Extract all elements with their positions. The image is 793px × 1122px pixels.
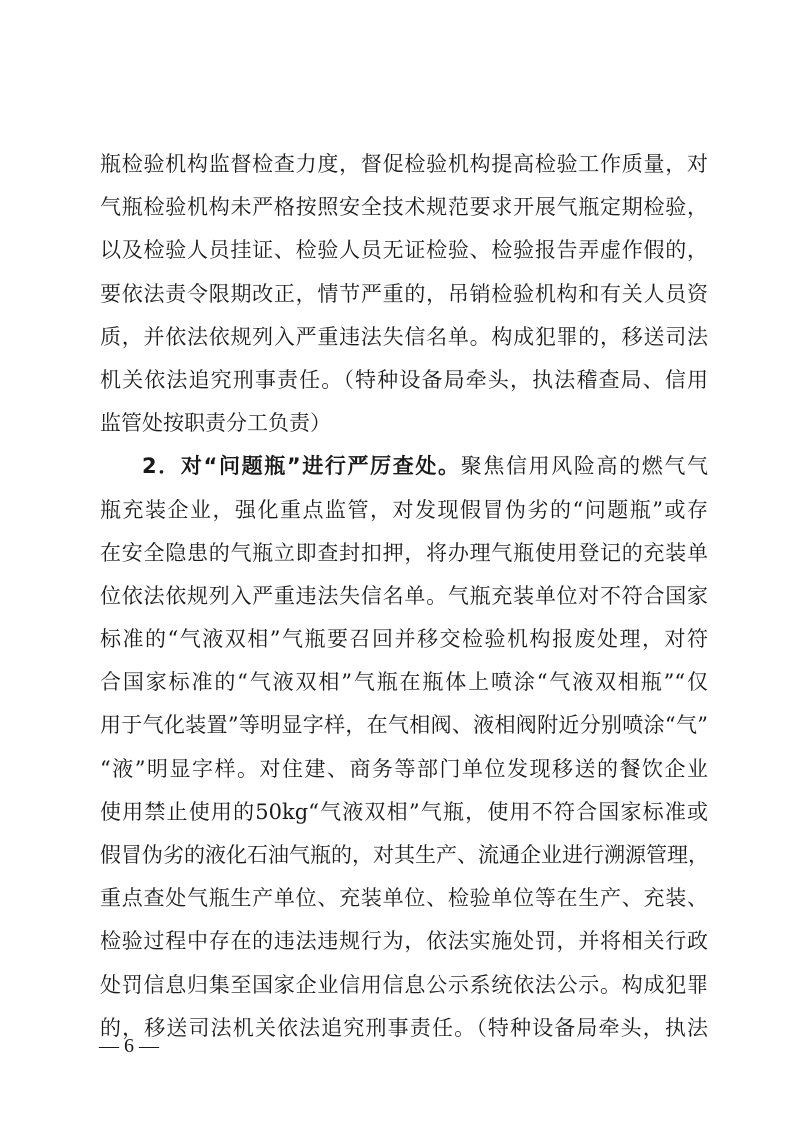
body-text: 瓶检验机构监督检查力度，督促检验机构提高检验工作质量，对 气瓶检验机构未严格按照…: [100, 143, 708, 1050]
paragraph-line: 用于气化装置”等明显字样，在气相阀、液相阀附近分别喷涂“气”: [100, 704, 708, 747]
paragraph-line: 重点查处气瓶生产单位、充装单位、检验单位等在生产、充装、: [100, 877, 708, 920]
paragraph-line: 瓶充装企业，强化重点监管，对发现假冒伪劣的“问题瓶”或存: [100, 489, 708, 532]
paragraph-line: 质，并依法依规列入严重违法失信名单。构成犯罪的，移送司法: [100, 316, 708, 359]
paragraph-line: 检验过程中存在的违法违规行为，依法实施处罚，并将相关行政: [100, 920, 708, 963]
paragraph-line: 假冒伪劣的液化石油气瓶的，对其生产、流通企业进行溯源管理，: [100, 834, 708, 877]
paragraph-line: 以及检验人员挂证、检验人员无证检验、检验报告弄虚作假的，: [100, 229, 708, 272]
paragraph-line: 合国家标准的“气液双相”气瓶在瓶体上喷涂“气液双相瓶”“仅: [100, 661, 708, 704]
paragraph-line: 瓶检验机构监督检查力度，督促检验机构提高检验工作质量，对: [100, 143, 708, 186]
section-2-first-line: 2．对“问题瓶”进行严厉查处。聚焦信用风险高的燃气气: [100, 445, 708, 488]
paragraph-line: 要依法责令限期改正，情节严重的，吊销检验机构和有关人员资: [100, 273, 708, 316]
document-page: 瓶检验机构监督检查力度，督促检验机构提高检验工作质量，对 气瓶检验机构未严格按照…: [0, 0, 793, 1122]
section-2-first-line-text: 聚焦信用风险高的燃气气: [461, 454, 708, 478]
paragraph-line: 位依法依规列入严重违法失信名单。气瓶充装单位对不符合国家: [100, 575, 708, 618]
page-number: — 6 —: [99, 1032, 159, 1060]
paragraph-line: 的，移送司法机关依法追究刑事责任。（特种设备局牵头，执法: [100, 1007, 708, 1050]
paragraph-line: 在安全隐患的气瓶立即查封扣押，将办理气瓶使用登记的充装单: [100, 532, 708, 575]
paragraph-line: 监管处按职责分工负责）: [100, 402, 708, 445]
paragraph-line: 气瓶检验机构未严格按照安全技术规范要求开展气瓶定期检验，: [100, 186, 708, 229]
paragraph-line: “液”明显字样。对住建、商务等部门单位发现移送的餐饮企业: [100, 748, 708, 791]
paragraph-line: 处罚信息归集至国家企业信用信息公示系统依法公示。构成犯罪: [100, 964, 708, 1007]
paragraph-line: 机关依法追究刑事责任。（特种设备局牵头，执法稽查局、信用: [100, 359, 708, 402]
paragraph-line: 标准的“气液双相”气瓶要召回并移交检验机构报废处理，对符: [100, 618, 708, 661]
paragraph-line: 使用禁止使用的50kg“气液双相”气瓶，使用不符合国家标准或: [100, 791, 708, 834]
section-2-heading: 2．对“问题瓶”进行严厉查处。: [142, 454, 461, 478]
